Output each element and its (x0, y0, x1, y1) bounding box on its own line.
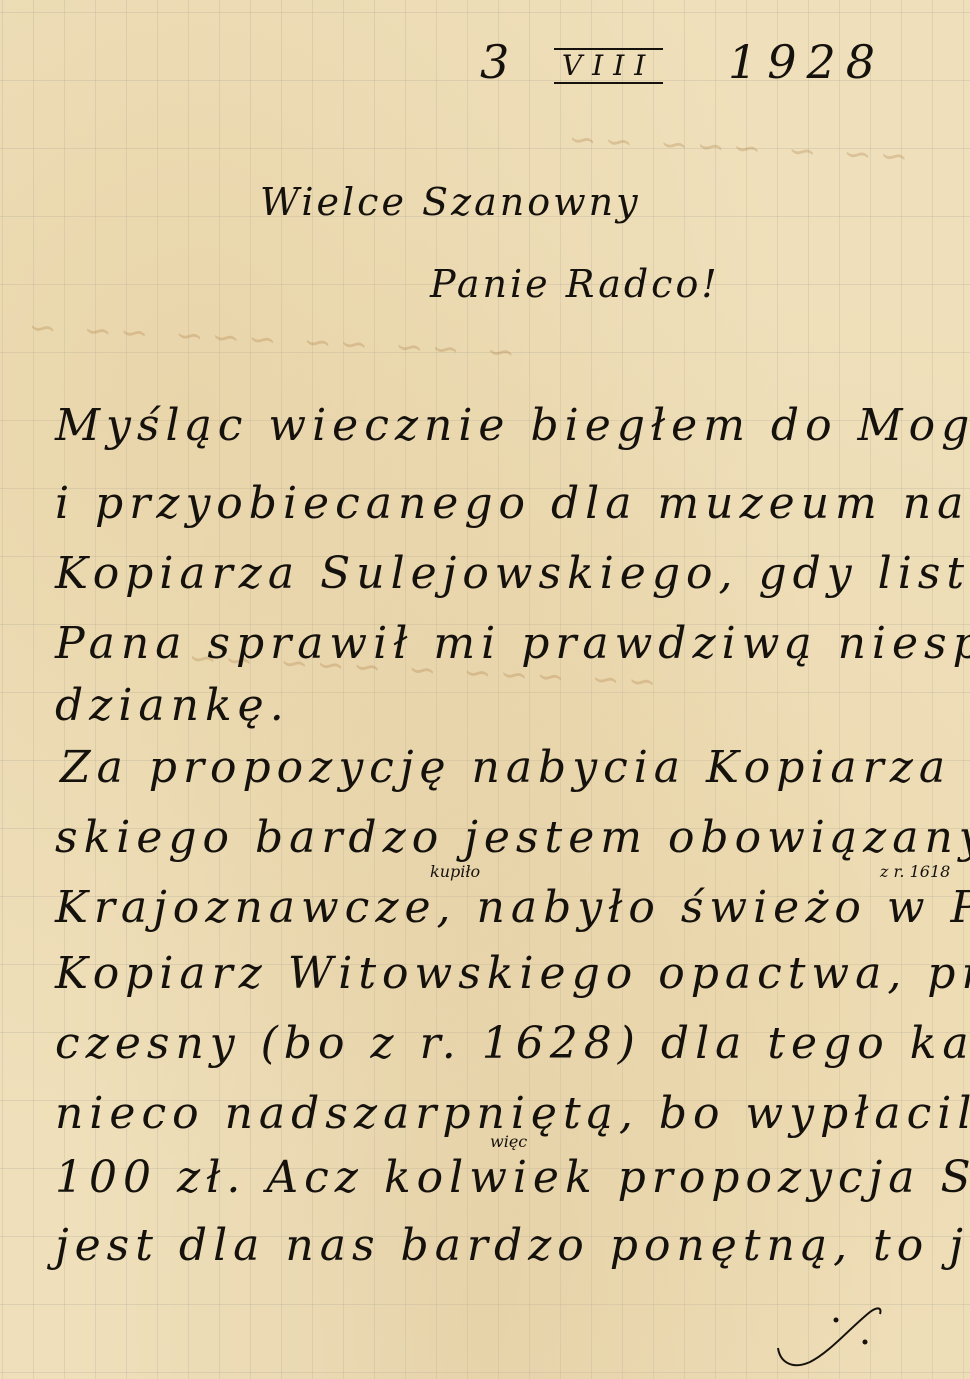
bleed-through-text: ~ ~~ ~~ ~~~ ~~ ~ (19, 307, 516, 373)
body-line-8: Krajoznawcze, nabyło świeżo w Poznaniu (55, 882, 970, 933)
letter-date: 3 VIII 1928 (480, 35, 885, 89)
insertion-above-line-8: kupiło (430, 862, 480, 881)
body-line-5: dziankę. (55, 680, 290, 731)
closing-flourish-icon (770, 1300, 890, 1370)
insertion-above-line-8-right: z r. 1618 (880, 862, 950, 881)
date-day: 3 (480, 35, 519, 89)
date-month: VIII (554, 48, 663, 84)
date-year: 1928 (728, 35, 885, 89)
letter-page: ~~ ~ ~~~ ~~ ~ ~~ ~~ ~~~ ~~ ~ ~~ ~~~ ~ ~~… (0, 0, 970, 1379)
insertion-above-line-12: więc (490, 1132, 527, 1151)
body-line-1: Myśląc wiecznie biegłem do Mogielnicy (55, 400, 970, 451)
body-line-3: Kopiarza Sulejowskiego, gdy list Sz. (55, 548, 970, 599)
body-line-6: Za propozycję nabycia Kopiarza Witow- (60, 742, 970, 793)
body-line-10: czesny (bo z r. 1628) dla tego kasę mam (55, 1018, 970, 1069)
body-line-4: Pana sprawił mi prawdziwą niespo- (55, 618, 970, 669)
body-line-12: 100 zł. Acz kolwiek propozycja Szanowna (55, 1152, 970, 1203)
body-line-13: jest dla nas bardzo ponętną, to jednak (55, 1220, 970, 1271)
salutation-line-1: Wielce Szanowny (260, 180, 641, 224)
body-line-9: Kopiarz Witowskiego opactwa, prawie wspó… (55, 948, 970, 999)
body-line-2: i przyobiecanego dla muzeum naszego (55, 478, 970, 529)
salutation-line-2: Panie Radco! (430, 262, 720, 306)
body-line-7: skiego bardzo jestem obowiązany, lecz To… (55, 812, 970, 863)
bleed-through-text: ~~ ~ ~~~ ~~ (559, 119, 909, 177)
